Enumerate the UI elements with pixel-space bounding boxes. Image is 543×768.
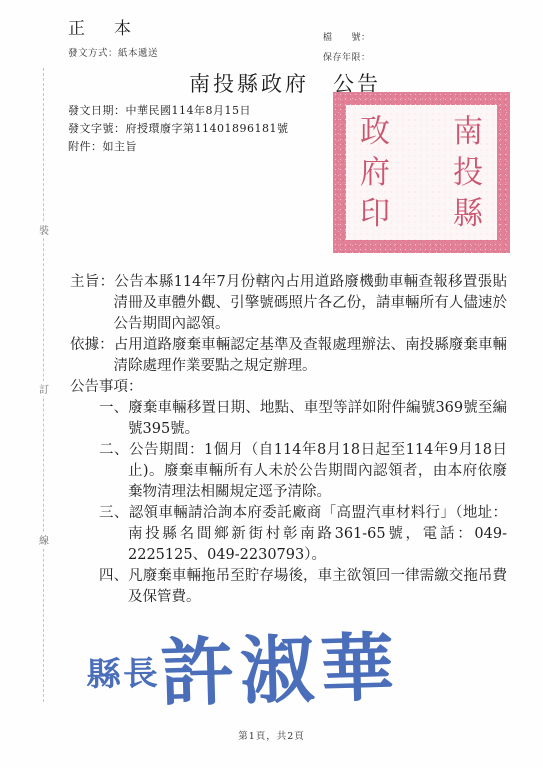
subject-label: 主旨： bbox=[70, 274, 114, 290]
seal-char: 政 bbox=[360, 112, 390, 151]
official-seal-stamp: 政 府 印 南 投 縣 bbox=[333, 92, 510, 253]
announcement-item-4: 四、凡廢棄車輛拖吊至貯存場後，車主欲領回一律需繳交拖吊費及保管費。 bbox=[99, 566, 507, 608]
seal-char: 印 bbox=[360, 194, 390, 233]
seal-char: 府 bbox=[360, 153, 390, 192]
item-text: 認領車輛請洽詢本府委託廠商「高盟汽車材料行」（地址：南投縣名間鄉新街村彰南路36… bbox=[128, 505, 507, 563]
item-number: 四、 bbox=[99, 568, 128, 584]
retention-period-label: 保存年限： bbox=[323, 48, 371, 68]
item-text: 廢棄車輛移置日期、地點、車型等詳如附件編號369號至編號395號。 bbox=[128, 400, 507, 437]
document-page: 正 本 發文方式：紙本遞送 檔 號： 保存年限： 南投縣政府 公告 發文日期：中… bbox=[0, 0, 543, 768]
announcement-item-2: 二、公告期間：1個月（自114年8月18日起至114年9月18日止)。廢棄車輛所… bbox=[99, 440, 507, 503]
subject-text: 公告本縣114年7月份轄內占用道路廢機動車輛查報移置張貼清冊及車體外觀、引擎號碼… bbox=[114, 274, 508, 332]
item-text: 公告期間：1個月（自114年8月18日起至114年9月18日止)。廢棄車輛所有人… bbox=[128, 442, 507, 500]
seal-left-column: 政 府 印 bbox=[360, 113, 390, 232]
item-text: 凡廢棄車輛拖吊至貯存場後，車主欲領回一律需繳交拖吊費及保管費。 bbox=[128, 568, 507, 605]
item-number: 一、 bbox=[99, 400, 128, 416]
binding-mark-xian: 線 bbox=[37, 532, 51, 547]
seal-char: 縣 bbox=[453, 194, 483, 233]
attachment-line: 附件：如主旨 bbox=[68, 138, 288, 156]
document-meta-block: 發文日期：中華民國114年8月15日 發文字號：府授環廢字第1140189618… bbox=[68, 102, 288, 156]
item-number: 三、 bbox=[99, 505, 129, 521]
file-number-label: 檔 號： bbox=[323, 28, 371, 48]
basis-text: 占用道路廢棄車輛認定基準及查報處理辦法、南投縣廢棄車輛清除處理作業要點之規定辦理… bbox=[114, 337, 508, 374]
issue-date-line: 發文日期：中華民國114年8月15日 bbox=[68, 102, 288, 120]
delivery-method-label: 發文方式：紙本遞送 bbox=[68, 45, 158, 59]
basis-paragraph: 依據：占用道路廢棄車輛認定基準及查報處理辦法、南投縣廢棄車輛清除處理作業要點之規… bbox=[70, 335, 507, 377]
page-number-footer: 第1頁，共2頁 bbox=[0, 728, 543, 742]
announcement-body: 主旨：公告本縣114年7月份轄內占用道路廢機動車輛查報移置張貼清冊及車體外觀、引… bbox=[70, 272, 507, 608]
doc-number-line: 發文字號：府授環廢字第11401896181號 bbox=[68, 120, 288, 138]
binding-mark-zhuang: 裝 bbox=[37, 222, 51, 237]
announcement-item-3: 三、認領車輛請洽詢本府委託廠商「高盟汽車材料行」（地址：南投縣名間鄉新街村彰南路… bbox=[99, 503, 507, 566]
items-header: 公告事項： bbox=[70, 377, 507, 398]
seal-char: 南 bbox=[453, 112, 483, 151]
basis-label: 依據： bbox=[70, 337, 114, 353]
announcement-item-1: 一、廢棄車輛移置日期、地點、車型等詳如附件編號369號至編號395號。 bbox=[99, 398, 507, 440]
item-number: 二、 bbox=[99, 442, 129, 458]
binding-mark-ding: 訂 bbox=[37, 381, 51, 396]
subject-paragraph: 主旨：公告本縣114年7月份轄內占用道路廢機動車輛查報移置張貼清冊及車體外觀、引… bbox=[70, 272, 507, 335]
seal-right-column: 南 投 縣 bbox=[453, 113, 483, 232]
file-info-block: 檔 號： 保存年限： bbox=[323, 28, 371, 68]
official-seal-inner: 政 府 印 南 投 縣 bbox=[346, 105, 497, 240]
seal-char: 投 bbox=[453, 153, 483, 192]
magistrate-name-signature-stamp: 許淑華 bbox=[159, 609, 402, 721]
copy-type-label: 正 本 bbox=[68, 14, 137, 39]
magistrate-title-stamp: 縣長 bbox=[86, 647, 160, 695]
